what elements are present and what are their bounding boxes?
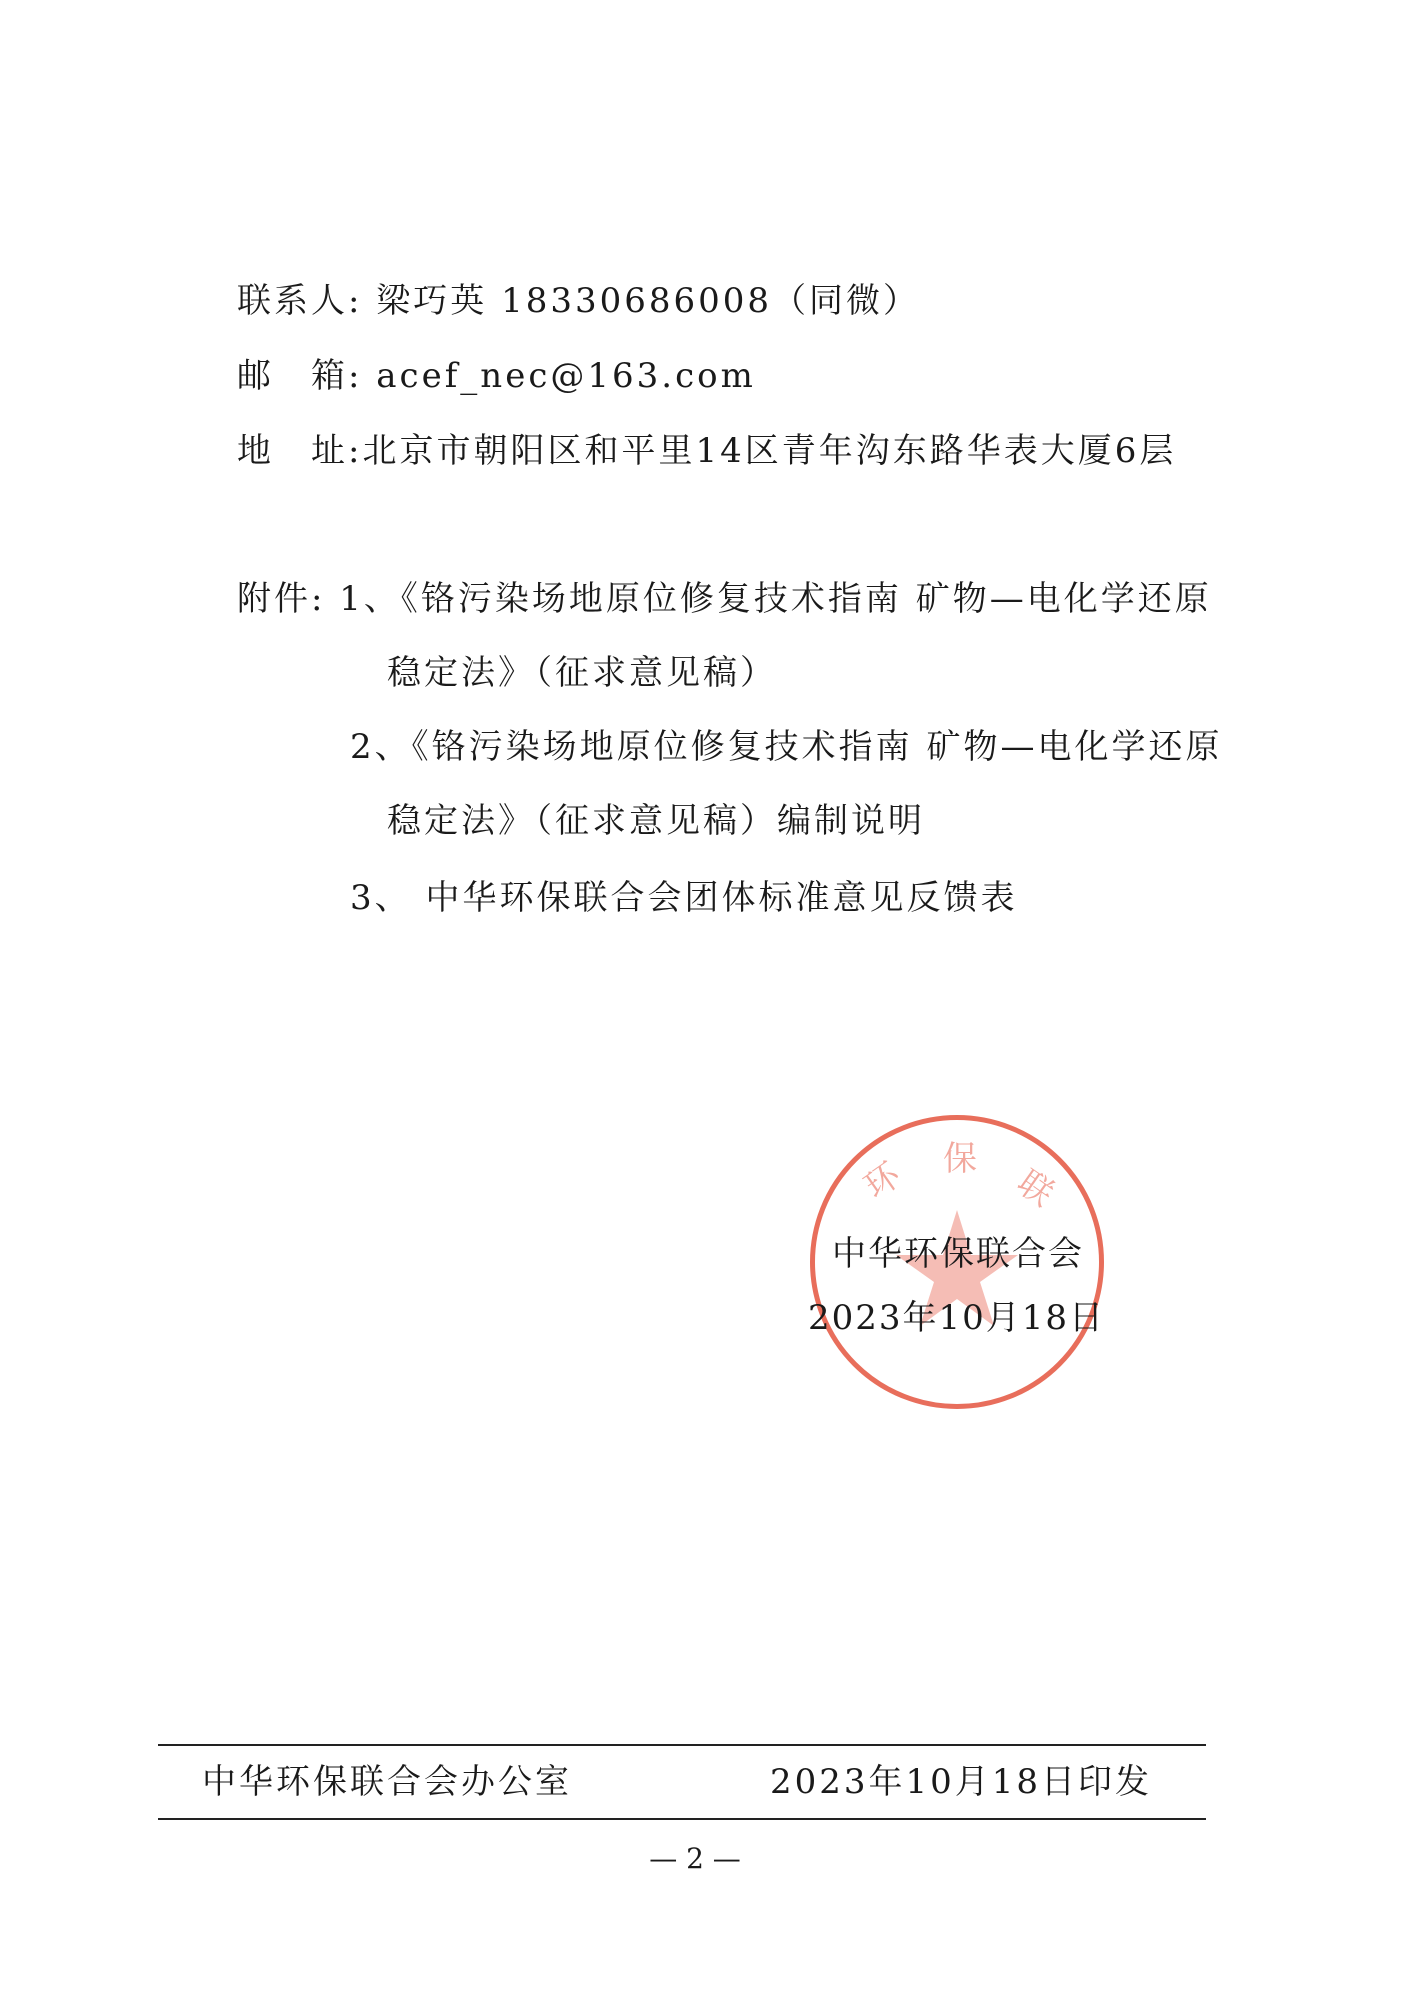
contact-address-line: 地 址:北京市朝阳区和平里14区青年沟东路华表大厦6层	[237, 431, 1176, 471]
contact-person-label: 联系人:	[237, 281, 362, 321]
signature-date: 2023年10月18日	[808, 1298, 1105, 1338]
contact-email-label: 邮 箱:	[237, 356, 362, 396]
page-number: — 2 —	[640, 1842, 750, 1875]
signature-organization: 中华环保联合会	[832, 1234, 1084, 1274]
attachment-1-line1: 附件: 1、《铬污染场地原位修复技术指南 矿物—电化学还原	[237, 579, 1212, 619]
contact-person-value: 梁巧英 18330686008（同微）	[376, 281, 920, 321]
contact-email-value: acef_nec@163.com	[376, 356, 756, 396]
svg-text:联: 联	[1010, 1163, 1061, 1215]
attachment-1-title-cont: 稳定法》（征求意见稿）	[387, 653, 777, 693]
footer-top-rule	[158, 1744, 1206, 1746]
attachment-3-line1: 3、 中华环保联合会团体标准意见反馈表	[350, 878, 1017, 918]
attachment-1-title: 《铬污染场地原位修复技术指南 矿物—电化学还原	[401, 579, 1212, 619]
contact-address-value: 北京市朝阳区和平里14区青年沟东路华表大厦6层	[362, 431, 1176, 471]
contact-email-line: 邮 箱: acef_nec@163.com	[237, 356, 756, 396]
svg-text:保: 保	[943, 1139, 977, 1179]
attachment-3-number: 3、	[350, 878, 412, 918]
footer-office: 中华环保联合会办公室	[202, 1762, 572, 1802]
attachment-3-title: 中华环保联合会团体标准意见反馈表	[425, 878, 1017, 918]
attachment-1-line2: 稳定法》（征求意见稿）	[387, 653, 777, 693]
footer-bottom-rule	[158, 1818, 1206, 1820]
attachment-2-number: 2、	[350, 727, 412, 767]
attachment-2-line2: 稳定法》（征求意见稿）编制说明	[387, 801, 925, 841]
attachments-label: 附件:	[237, 579, 325, 619]
attachment-1-number: 1、	[339, 579, 401, 619]
svg-text:环: 环	[857, 1155, 909, 1208]
attachment-2-line1: 2、《铬污染场地原位修复技术指南 矿物—电化学还原	[350, 727, 1222, 767]
attachment-2-title: 《铬污染场地原位修复技术指南 矿物—电化学还原	[412, 727, 1223, 767]
contact-address-label: 地 址:	[237, 431, 362, 471]
attachment-2-title-cont: 稳定法》（征求意见稿）编制说明	[387, 801, 925, 841]
footer-issue-date: 2023年10月18日印发	[770, 1762, 1152, 1802]
contact-person-line: 联系人: 梁巧英 18330686008（同微）	[237, 281, 920, 321]
